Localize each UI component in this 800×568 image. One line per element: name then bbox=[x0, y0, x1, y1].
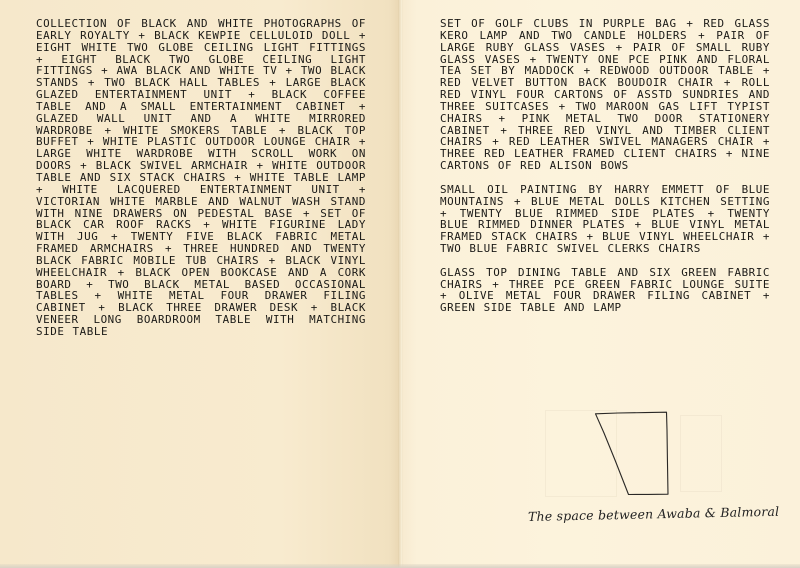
show-through-mark bbox=[680, 415, 722, 492]
book-spine bbox=[398, 0, 403, 568]
right-page-text: SET OF GOLF CLUBS IN PURPLE BAG + RED GL… bbox=[440, 18, 770, 314]
page-bottom-edge bbox=[0, 564, 800, 568]
inventory-paragraph: COLLECTION OF BLACK AND WHITE PHOTOGRAPH… bbox=[36, 18, 366, 338]
left-page-text: COLLECTION OF BLACK AND WHITE PHOTOGRAPH… bbox=[36, 18, 366, 338]
inventory-paragraph-red: SET OF GOLF CLUBS IN PURPLE BAG + RED GL… bbox=[440, 18, 770, 172]
inventory-paragraph-blue: SMALL OIL PAINTING BY HARRY EMMETT OF BL… bbox=[440, 184, 770, 255]
quadrilateral-sketch-icon bbox=[590, 408, 680, 498]
inventory-paragraph-green: GLASS TOP DINING TABLE AND SIX GREEN FAB… bbox=[440, 267, 770, 314]
book-spread: COLLECTION OF BLACK AND WHITE PHOTOGRAPH… bbox=[0, 0, 800, 568]
